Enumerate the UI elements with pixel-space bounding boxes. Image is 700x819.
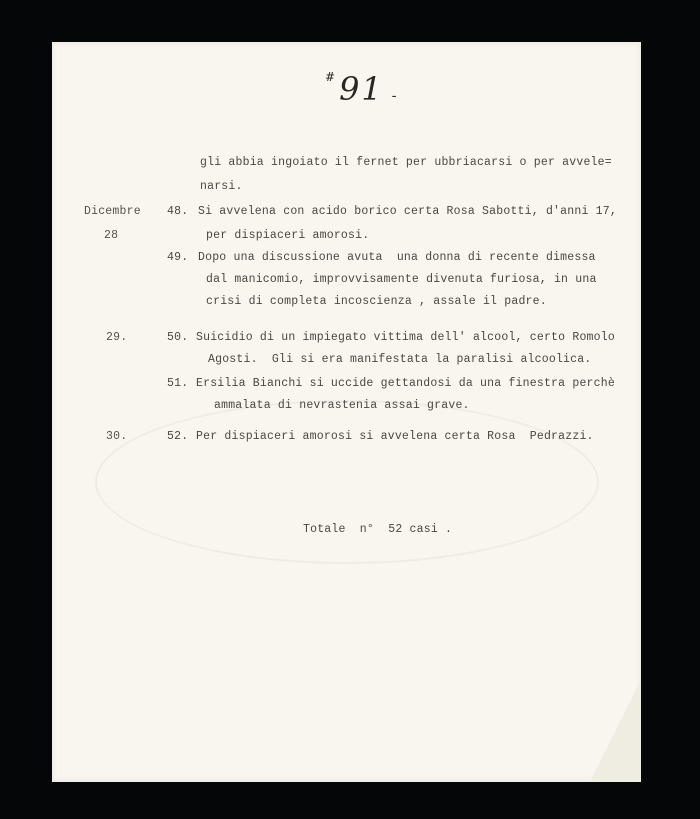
entry-text-line: ammalata di nevrastenia assai grave. — [214, 399, 470, 412]
entry-text-line: per dispiaceri amorosi. — [206, 229, 369, 242]
entry-text-line: Si avvelena con acido borico certa Rosa … — [198, 205, 617, 218]
entry-number: 51. — [167, 377, 188, 390]
entry-date-day: 29. — [106, 331, 127, 344]
entry-text-line: dal manicomio, improvvisamente divenuta … — [206, 273, 597, 286]
entry-text-line: Per dispiaceri amorosi si avvelena certa… — [196, 430, 594, 443]
entry-text-line: Dopo una discussione avuta una donna di … — [198, 251, 596, 264]
entry-date-day: 28 — [104, 229, 118, 242]
entry-number: 48. — [167, 205, 188, 218]
continuation-line: gli abbia ingoiato il fernet per ubbriac… — [200, 156, 612, 169]
entry-text-line: Suicidio di un impiegato vittima dell' a… — [196, 331, 615, 344]
continuation-line: narsi. — [200, 180, 243, 193]
entry-text-line: Ersilia Bianchi si uccide gettandosi da … — [196, 377, 615, 390]
folio-number: #91- — [325, 70, 399, 108]
entry-number: 49. — [167, 251, 188, 264]
entry-date-month: Dicembre — [84, 205, 141, 218]
entry-number: 50. — [167, 331, 188, 344]
total-line: Totale n° 52 casi . — [303, 523, 452, 536]
entry-number: 52. — [167, 430, 188, 443]
entry-text-line: crisi di completa incoscienza , assale i… — [206, 295, 547, 308]
document-page — [52, 42, 641, 782]
entry-text-line: Agosti. Gli si era manifestata la parali… — [208, 353, 591, 366]
entry-date-day: 30. — [106, 430, 127, 443]
